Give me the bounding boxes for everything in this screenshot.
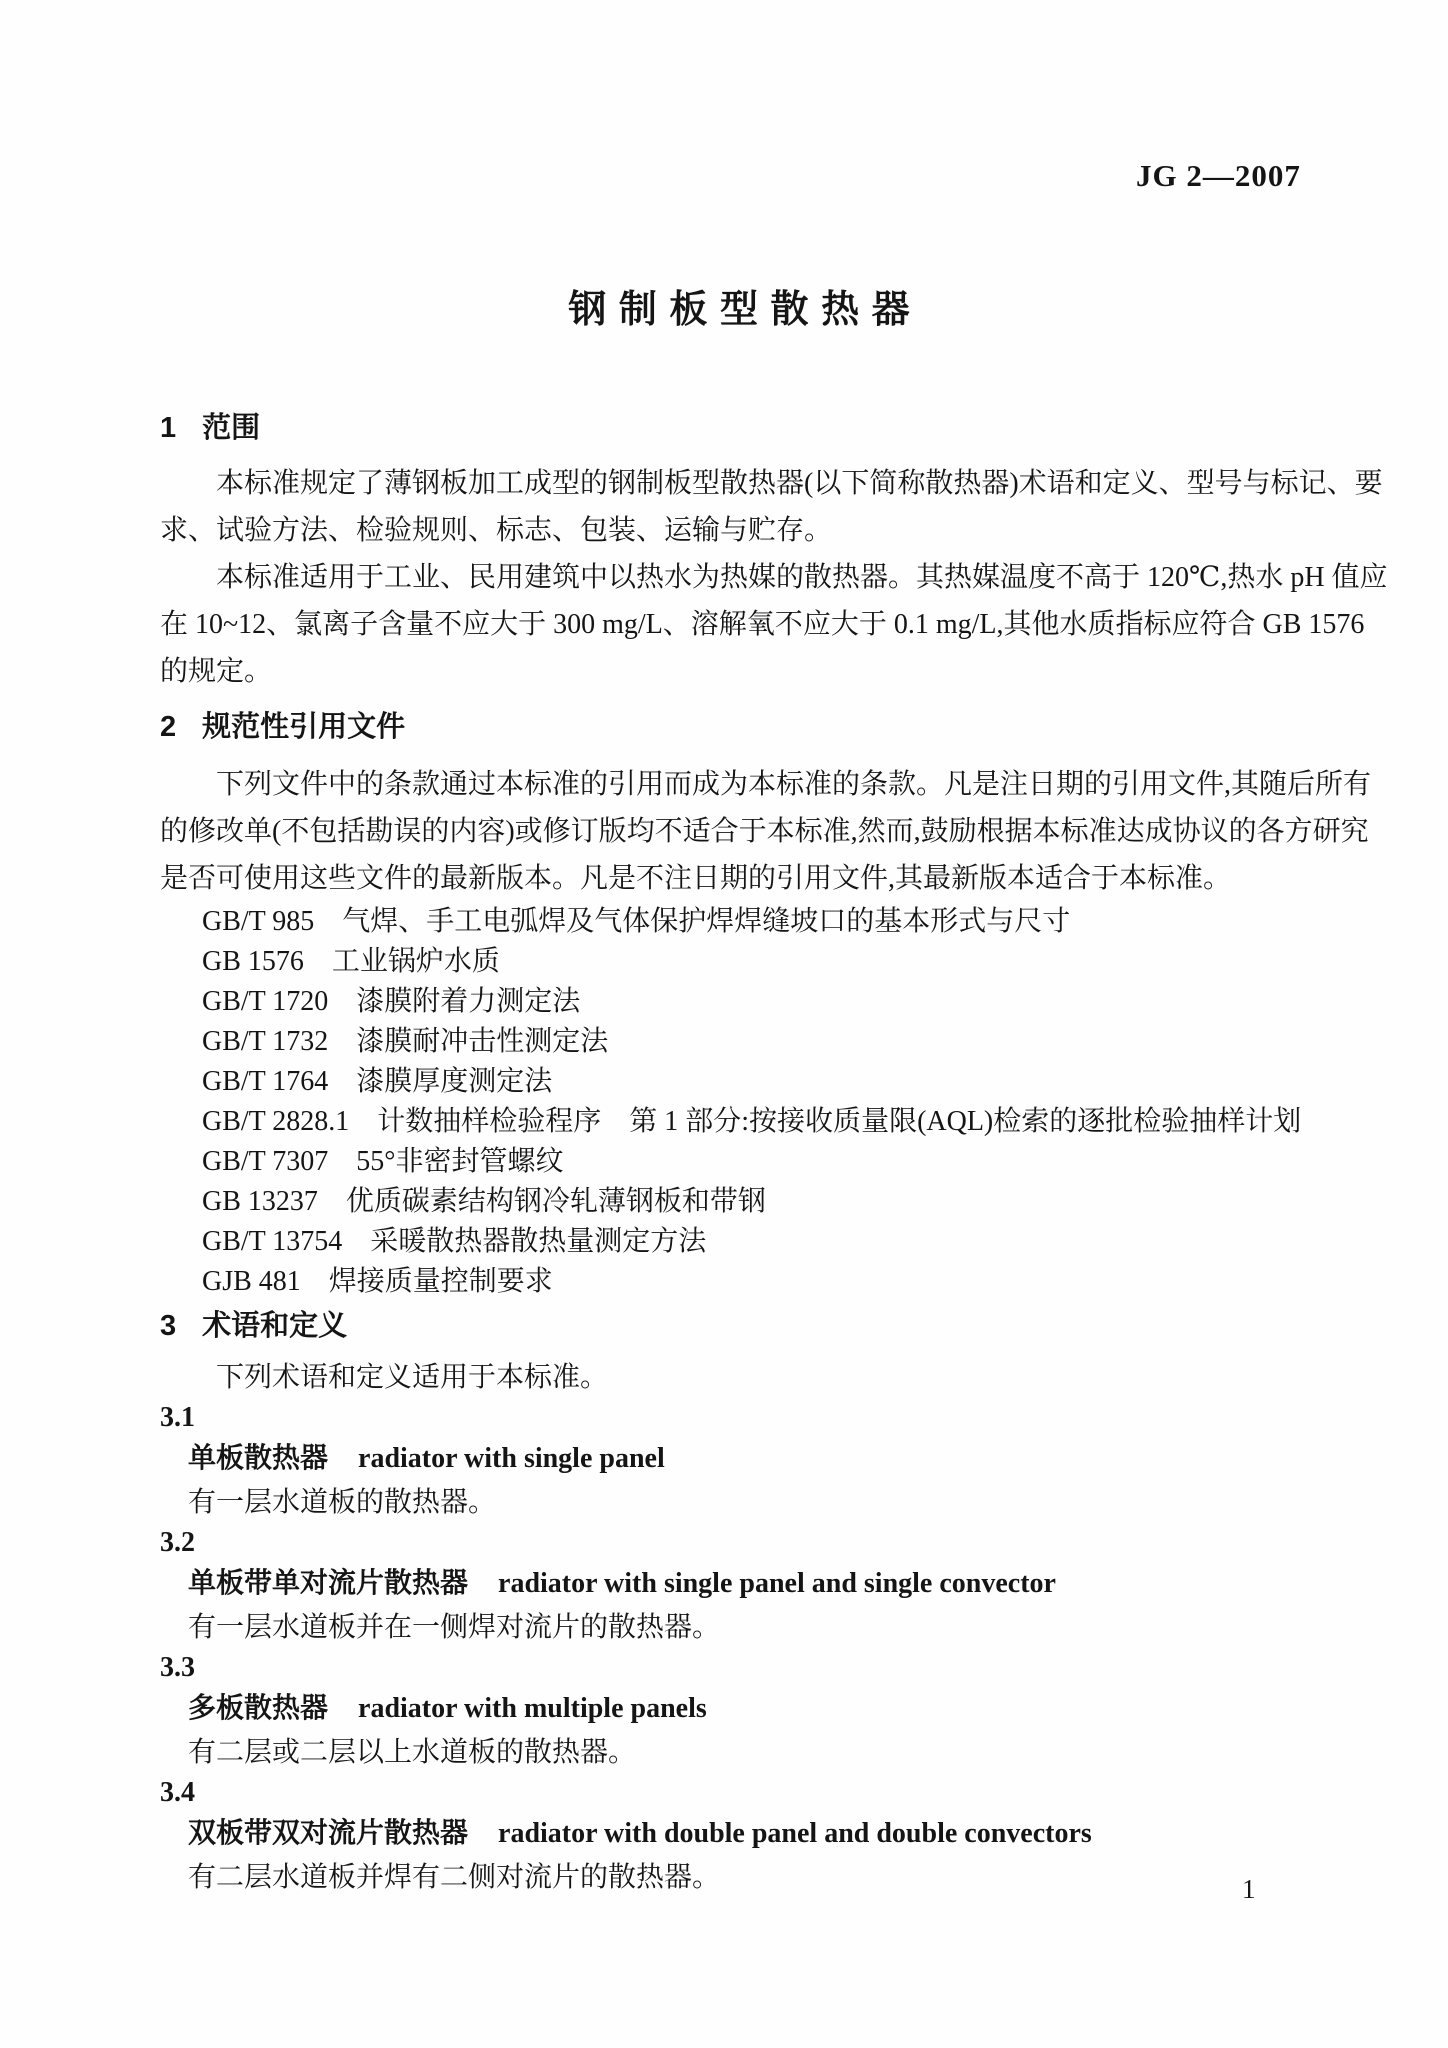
reference-title: 气焊、手工电弧焊及气体保护焊焊缝坡口的基本形式与尺寸 bbox=[342, 906, 1070, 937]
standard-reference: JG 2—2007 bbox=[1136, 158, 1301, 194]
term-definition: 有一层水道板并在一侧焊对流片的散热器。 bbox=[160, 1608, 1318, 1648]
term-name-en: radiator with single panel bbox=[358, 1443, 665, 1474]
term-number: 3.1 bbox=[160, 1398, 1318, 1438]
term-heading: 双板带双对流片散热器radiator with double panel and… bbox=[160, 1813, 1318, 1858]
references-list: GB/T 985气焊、手工电弧焊及气体保护焊焊缝坡口的基本形式与尺寸 GB 15… bbox=[160, 902, 1318, 1302]
section-title: 术语和定义 bbox=[202, 1310, 347, 1342]
term-name-zh: 多板散热器 bbox=[188, 1692, 328, 1723]
reference-code: GB/T 1764 bbox=[202, 1062, 328, 1102]
page-number: 1 bbox=[1242, 1874, 1256, 1905]
reference-code: GB 13237 bbox=[202, 1182, 318, 1222]
document-body: 1范围 本标准规定了薄钢板加工成型的钢制板型散热器(以下简称散热器)术语和定义、… bbox=[160, 410, 1318, 1898]
text-line: 求、试验方法、检验规则、标志、包装、运输与贮存。 bbox=[160, 507, 1318, 554]
reference-code: GB/T 1732 bbox=[202, 1022, 328, 1062]
reference-title: 工业锅炉水质 bbox=[332, 946, 500, 977]
section-number: 2 bbox=[160, 709, 176, 745]
reference-item: GB/T 2828.1计数抽样检验程序 第 1 部分:按接收质量限(AQL)检索… bbox=[202, 1102, 1318, 1142]
reference-code: GB 1576 bbox=[202, 942, 304, 982]
term-heading: 单板带单对流片散热器radiator with single panel and… bbox=[160, 1563, 1318, 1608]
section-number: 3 bbox=[160, 1308, 176, 1344]
reference-item: GB/T 1732漆膜耐冲击性测定法 bbox=[202, 1022, 1318, 1062]
reference-title: 漆膜厚度测定法 bbox=[356, 1066, 552, 1097]
reference-item: GB 1576工业锅炉水质 bbox=[202, 942, 1318, 982]
term-number: 3.4 bbox=[160, 1773, 1318, 1813]
section-heading-scope: 1范围 bbox=[160, 410, 1318, 446]
text-line: 是否可使用这些文件的最新版本。凡是不注日期的引用文件,其最新版本适合于本标准。 bbox=[160, 855, 1318, 902]
text-line: 下列文件中的条款通过本标准的引用而成为本标准的条款。凡是注日期的引用文件,其随后… bbox=[160, 761, 1318, 808]
terms-intro: 下列术语和定义适用于本标准。 bbox=[160, 1358, 1318, 1398]
reference-item: GB/T 730755°非密封管螺纹 bbox=[202, 1142, 1318, 1182]
reference-title: 优质碳素结构钢冷轧薄钢板和带钢 bbox=[346, 1186, 766, 1217]
text-line: 在 10~12、氯离子含量不应大于 300 mg/L、溶解氧不应大于 0.1 m… bbox=[160, 601, 1318, 648]
reference-code: GB/T 13754 bbox=[202, 1222, 342, 1262]
term-block: 3.1 单板散热器radiator with single panel 有一层水… bbox=[160, 1398, 1318, 1523]
reference-title: 漆膜附着力测定法 bbox=[356, 986, 580, 1017]
reference-code: GB/T 2828.1 bbox=[202, 1102, 349, 1142]
reference-code: GB/T 7307 bbox=[202, 1142, 328, 1182]
section-number: 1 bbox=[160, 410, 176, 446]
section-heading-terms-definitions: 3术语和定义 bbox=[160, 1308, 1318, 1344]
term-definition: 有一层水道板的散热器。 bbox=[160, 1483, 1318, 1523]
reference-item: GB/T 13754采暖散热器散热量测定方法 bbox=[202, 1222, 1318, 1262]
reference-title: 55°非密封管螺纹 bbox=[356, 1146, 563, 1177]
reference-item: GB/T 985气焊、手工电弧焊及气体保护焊焊缝坡口的基本形式与尺寸 bbox=[202, 902, 1318, 942]
term-definition: 有二层水道板并焊有二侧对流片的散热器。 bbox=[160, 1858, 1318, 1898]
reference-title: 计数抽样检验程序 第 1 部分:按接收质量限(AQL)检索的逐批检验抽样计划 bbox=[377, 1106, 1301, 1137]
section-title: 范围 bbox=[202, 412, 260, 444]
reference-code: GB/T 985 bbox=[202, 902, 314, 942]
text-line: 本标准适用于工业、民用建筑中以热水为热媒的散热器。其热媒温度不高于 120℃,热… bbox=[160, 554, 1318, 601]
term-block: 3.4 双板带双对流片散热器radiator with double panel… bbox=[160, 1773, 1318, 1898]
reference-title: 漆膜耐冲击性测定法 bbox=[356, 1026, 608, 1057]
reference-item: GB 13237优质碳素结构钢冷轧薄钢板和带钢 bbox=[202, 1182, 1318, 1222]
term-name-zh: 单板散热器 bbox=[188, 1442, 328, 1473]
term-name-en: radiator with multiple panels bbox=[358, 1693, 707, 1724]
document-page: JG 2—2007 钢 制 板 型 散 热 器 1范围 本标准规定了薄钢板加工成… bbox=[0, 0, 1448, 2048]
term-definition: 有二层或二层以上水道板的散热器。 bbox=[160, 1733, 1318, 1773]
reference-item: GJB 481焊接质量控制要求 bbox=[202, 1262, 1318, 1302]
text-line: 本标准规定了薄钢板加工成型的钢制板型散热器(以下简称散热器)术语和定义、型号与标… bbox=[160, 460, 1318, 507]
term-number: 3.2 bbox=[160, 1523, 1318, 1563]
reference-title: 焊接质量控制要求 bbox=[329, 1266, 553, 1297]
term-number: 3.3 bbox=[160, 1648, 1318, 1688]
term-block: 3.3 多板散热器radiator with multiple panels 有… bbox=[160, 1648, 1318, 1773]
section-title: 规范性引用文件 bbox=[202, 711, 405, 743]
paragraph: 下列文件中的条款通过本标准的引用而成为本标准的条款。凡是注日期的引用文件,其随后… bbox=[160, 761, 1318, 902]
term-name-zh: 双板带双对流片散热器 bbox=[188, 1817, 468, 1848]
document-title: 钢 制 板 型 散 热 器 bbox=[160, 278, 1318, 333]
reference-item: GB/T 1720漆膜附着力测定法 bbox=[202, 982, 1318, 1022]
paragraph: 本标准适用于工业、民用建筑中以热水为热媒的散热器。其热媒温度不高于 120℃,热… bbox=[160, 554, 1318, 695]
term-name-en: radiator with double panel and double co… bbox=[498, 1818, 1092, 1849]
term-block: 3.2 单板带单对流片散热器radiator with single panel… bbox=[160, 1523, 1318, 1648]
paragraph: 本标准规定了薄钢板加工成型的钢制板型散热器(以下简称散热器)术语和定义、型号与标… bbox=[160, 460, 1318, 554]
term-heading: 单板散热器radiator with single panel bbox=[160, 1438, 1318, 1483]
term-name-en: radiator with single panel and single co… bbox=[498, 1568, 1056, 1599]
reference-title: 采暖散热器散热量测定方法 bbox=[370, 1226, 706, 1257]
reference-code: GB/T 1720 bbox=[202, 982, 328, 1022]
text-line: 的规定。 bbox=[160, 648, 1318, 695]
reference-item: GB/T 1764漆膜厚度测定法 bbox=[202, 1062, 1318, 1102]
term-name-zh: 单板带单对流片散热器 bbox=[188, 1567, 468, 1598]
section-heading-normative-references: 2规范性引用文件 bbox=[160, 709, 1318, 745]
reference-code: GJB 481 bbox=[202, 1262, 301, 1302]
term-heading: 多板散热器radiator with multiple panels bbox=[160, 1688, 1318, 1733]
text-line: 的修改单(不包括勘误的内容)或修订版均不适合于本标准,然而,鼓励根据本标准达成协… bbox=[160, 808, 1318, 855]
